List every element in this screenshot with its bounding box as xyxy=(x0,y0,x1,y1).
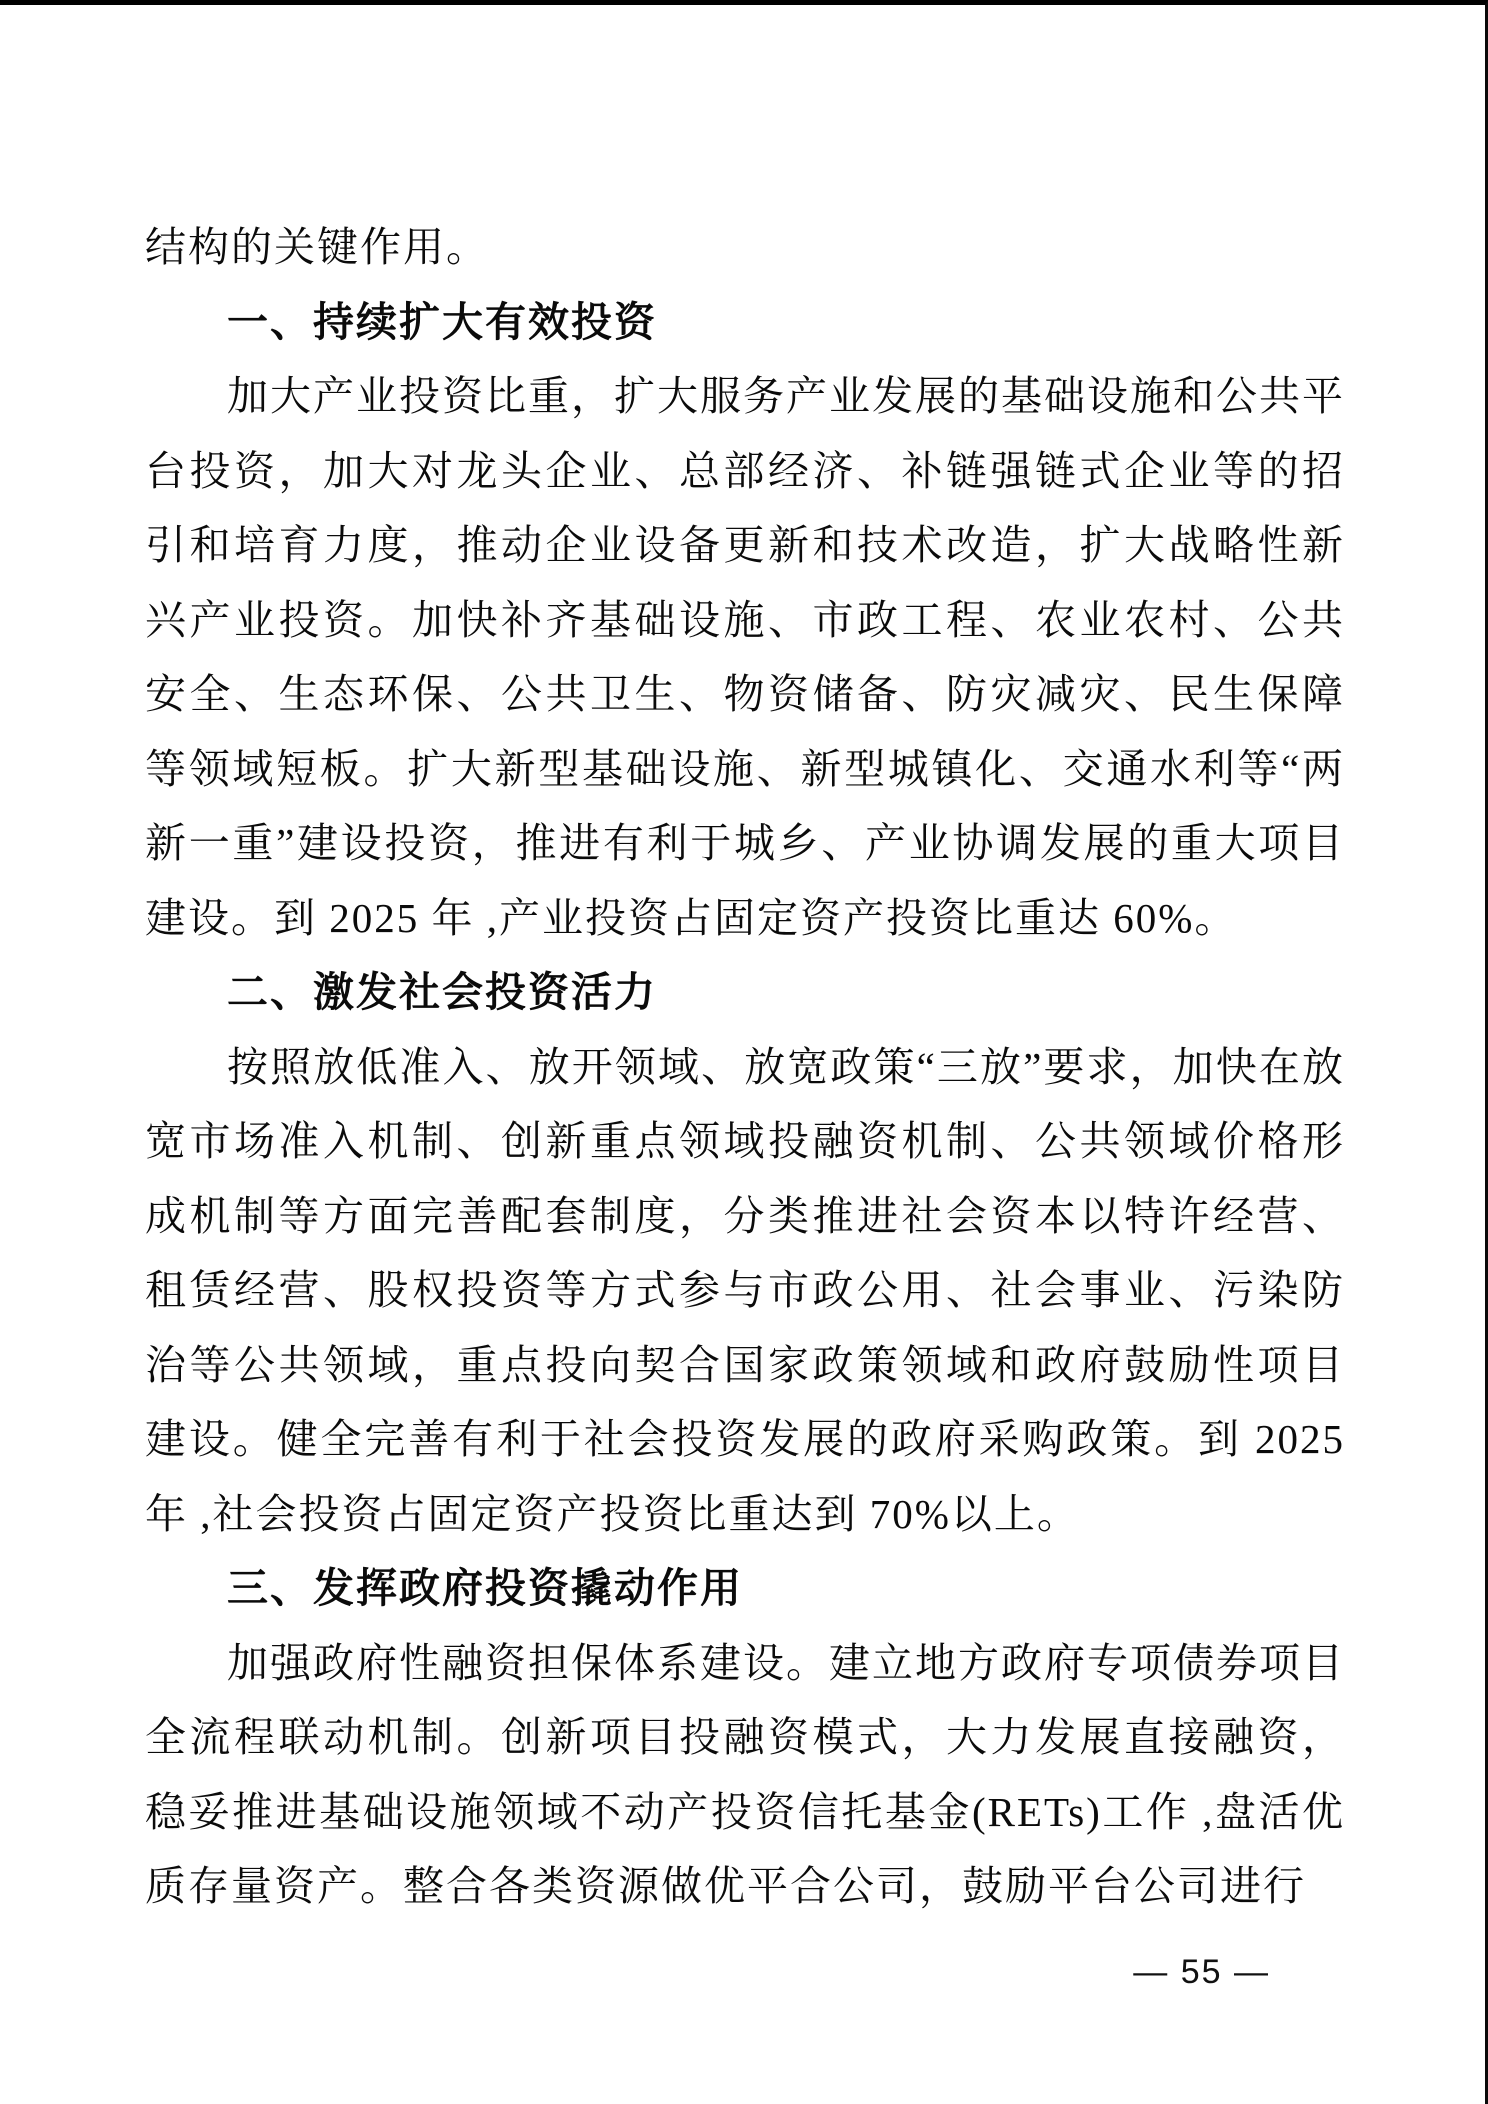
section-3-paragraph: 加强政府性融资担保体系建设。建立地方政府专项债券项目全流程联动机制。创新项目投融… xyxy=(145,1626,1345,1924)
section-1-paragraph: 加大产业投资比重，扩大服务产业发展的基础设施和公共平台投资，加大对龙头企业、总部… xyxy=(145,359,1345,955)
page-number: — 55 — xyxy=(145,1952,1345,1992)
section-heading-1: 一、持续扩大有效投资 xyxy=(145,285,1345,360)
document-page: 结构的关键作用。 一、持续扩大有效投资 加大产业投资比重，扩大服务产业发展的基础… xyxy=(0,0,1488,2104)
section-heading-3: 三、发挥政府投资撬动作用 xyxy=(145,1551,1345,1626)
paragraph-continued-from-previous-page: 结构的关键作用。 xyxy=(145,210,1345,285)
section-heading-2: 二、激发社会投资活力 xyxy=(145,955,1345,1030)
section-2-paragraph: 按照放低准入、放开领域、放宽政策“三放”要求，加快在放宽市场准入机制、创新重点领… xyxy=(145,1030,1345,1552)
page-content: 结构的关键作用。 一、持续扩大有效投资 加大产业投资比重，扩大服务产业发展的基础… xyxy=(145,210,1345,1992)
